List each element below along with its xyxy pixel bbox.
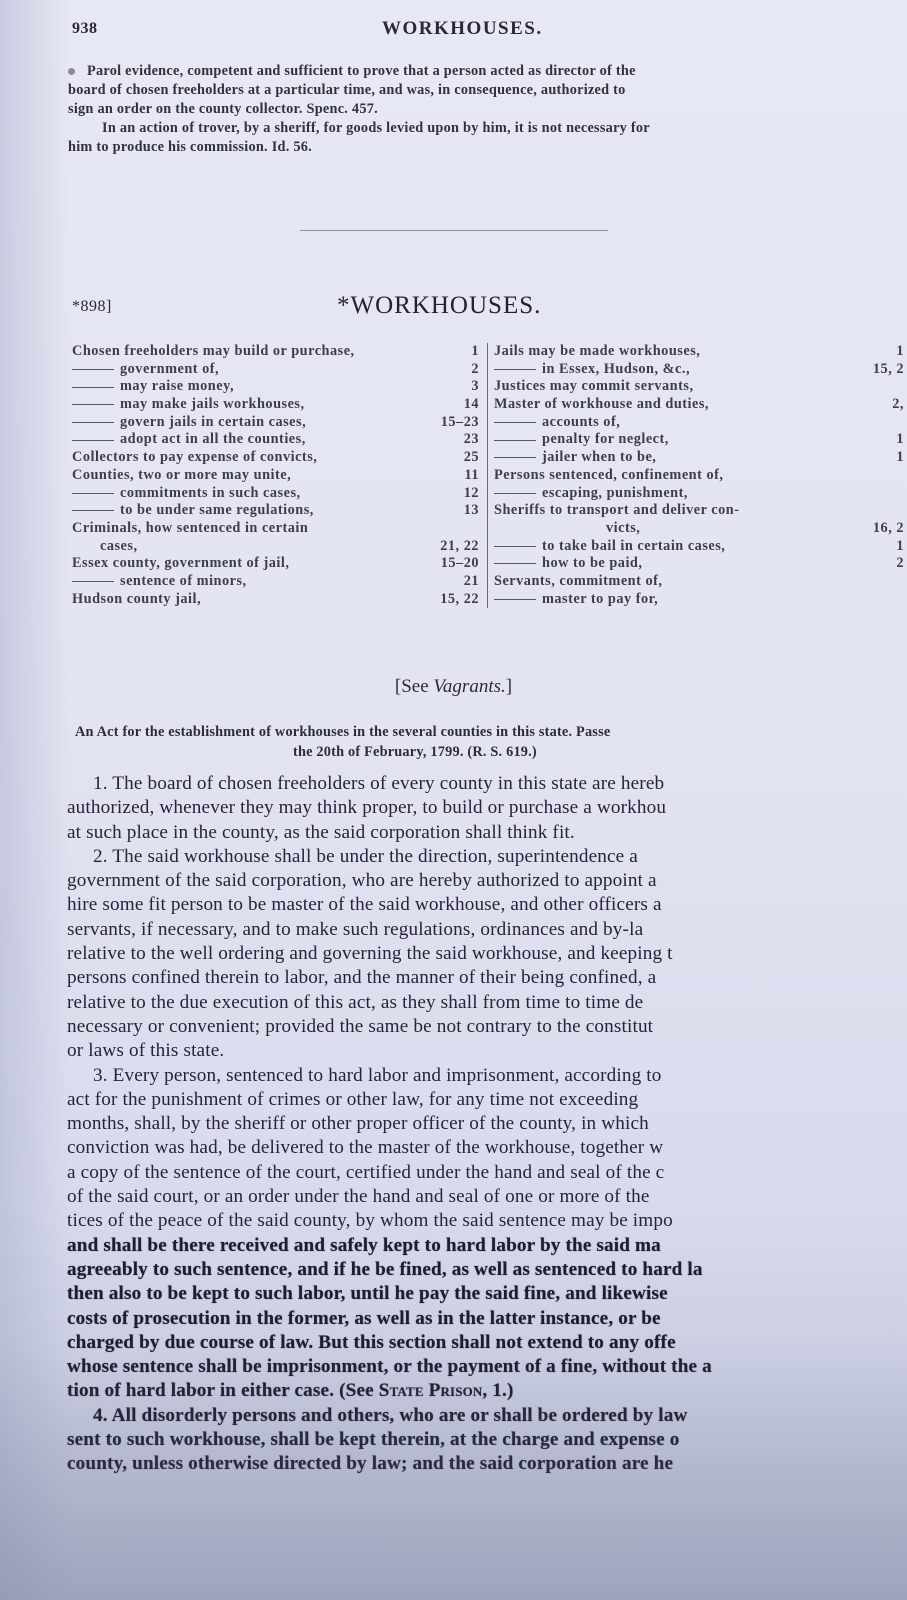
- index-entry-ref: 11: [464, 467, 479, 485]
- index-entry: escaping, punishment,: [494, 485, 907, 503]
- index-entry-ref: 2: [471, 361, 479, 379]
- index-entry-ref: 12: [464, 485, 479, 503]
- ditto-dash: [494, 422, 536, 423]
- index-entry: Counties, two or more may unite,11: [72, 467, 479, 485]
- index-entry-text: Counties, two or more may unite,: [72, 467, 291, 483]
- index-entry-ref: 2: [896, 555, 904, 573]
- body-line: 3. Every person, sentenced to hard labor…: [67, 1064, 907, 1088]
- footnote-line: In an action of trover, by a sheriff, fo…: [68, 119, 907, 138]
- index-entry: how to be paid,2: [494, 555, 907, 573]
- index-entry: government of,2: [72, 361, 479, 379]
- body-line: authorized, whenever they may think prop…: [67, 796, 907, 820]
- index-entry-text: may make jails workhouses,: [120, 396, 305, 412]
- ditto-dash: [494, 563, 536, 564]
- ditto-dash: [494, 440, 536, 441]
- index-entry-text: commitments in such cases,: [120, 485, 301, 501]
- ditto-dash: [494, 599, 536, 600]
- index-entry-text: Persons sentenced, confinement of,: [494, 467, 723, 483]
- body-line: hire some fit person to be master of the…: [67, 893, 907, 917]
- index-entry: Master of workhouse and duties,2,: [494, 396, 907, 414]
- body-line: of the said court, or an order under the…: [67, 1185, 907, 1209]
- index-entry-ref: 15, 22: [440, 591, 479, 609]
- index-entry-text: Sheriffs to transport and deliver con-: [494, 502, 740, 518]
- body-line: necessary or convenient; provided the sa…: [67, 1015, 907, 1039]
- index-entry-ref: 1: [896, 449, 904, 467]
- body-line: or laws of this state.: [67, 1039, 907, 1063]
- footnote-block: Parol evidence, competent and sufficient…: [68, 62, 907, 157]
- index-entry-text: how to be paid,: [542, 555, 642, 571]
- ditto-dash: [72, 422, 114, 423]
- footnote-line: sign an order on the county collector. S…: [68, 100, 907, 119]
- ditto-dash: [72, 440, 114, 441]
- index-entry-text: may raise money,: [120, 378, 234, 394]
- index-entry: penalty for neglect,1: [494, 431, 907, 449]
- index-entry: sentence of minors,21: [72, 573, 479, 591]
- footnote-line: him to produce his commission. Id. 56.: [68, 138, 907, 157]
- index-column-right: Jails may be made workhouses,1in Essex, …: [487, 343, 907, 608]
- index-entry-text: accounts of,: [542, 414, 620, 430]
- index-entry: cases,21, 22: [72, 538, 479, 556]
- index-entry-ref: 1: [896, 343, 904, 361]
- index-entry-text: escaping, punishment,: [542, 485, 688, 501]
- ditto-dash: [72, 510, 114, 511]
- body-line: 1. The board of chosen freeholders of ev…: [67, 772, 907, 796]
- index-entry-text: victs,: [606, 520, 640, 536]
- index-entry-ref: 14: [464, 396, 479, 414]
- section-title: *WORKHOUSES.: [337, 292, 541, 320]
- index-entry: Justices may commit servants,: [494, 378, 907, 396]
- index-entry-text: Justices may commit servants,: [494, 378, 694, 394]
- index-entry-ref: 1: [471, 343, 479, 361]
- index-entry: victs,16, 2: [494, 520, 907, 538]
- index-entry: accounts of,: [494, 414, 907, 432]
- ditto-dash: [494, 493, 536, 494]
- index-entry: jailer when to be,1: [494, 449, 907, 467]
- index-entry-ref: 3: [471, 378, 479, 396]
- body-line: at such place in the county, as the said…: [67, 821, 907, 845]
- index-entry-text: adopt act in all the counties,: [120, 431, 306, 447]
- index-entry-ref: 21: [464, 573, 479, 591]
- cross-reference: [See Vagrants.]: [0, 676, 907, 698]
- index-entry: in Essex, Hudson, &c.,15, 2: [494, 361, 907, 379]
- ditto-dash: [494, 369, 536, 370]
- ditto-dash: [494, 457, 536, 458]
- body-line: sent to such workhouse, shall be kept th…: [67, 1428, 907, 1452]
- index-entry: adopt act in all the counties,23: [72, 431, 479, 449]
- index-entry-text: jailer when to be,: [542, 449, 656, 465]
- section-heading: *898] *WORKHOUSES.: [72, 292, 907, 326]
- body-line: tion of hard labor in either case. (See …: [67, 1379, 907, 1403]
- index-entry-text: Jails may be made workhouses,: [494, 343, 700, 359]
- act-title: An Act for the establishment of workhous…: [75, 722, 907, 762]
- page-number: 938: [72, 20, 98, 38]
- body-line: tices of the peace of the said county, b…: [67, 1209, 907, 1233]
- statute-body: 1. The board of chosen freeholders of ev…: [67, 772, 907, 1477]
- index-entry-text: government of,: [120, 361, 219, 377]
- index-entry-ref: 13: [464, 502, 479, 520]
- body-line: county, unless otherwise directed by law…: [67, 1452, 907, 1476]
- index-entry-ref: 25: [464, 449, 479, 467]
- ditto-dash: [72, 387, 114, 388]
- index-entry: govern jails in certain cases,15–23: [72, 414, 479, 432]
- index-entry-text: penalty for neglect,: [542, 431, 669, 447]
- star-page-marker: *898]: [72, 298, 112, 316]
- index-entry-ref: 23: [464, 431, 479, 449]
- index-entry-ref: 1: [896, 538, 904, 556]
- body-line: charged by due course of law. But this s…: [67, 1331, 907, 1355]
- cross-reference-link[interactable]: State Prison: [379, 1380, 483, 1401]
- index-entry: Essex county, government of jail,15–20: [72, 555, 479, 573]
- index-entry-ref: 15–23: [441, 414, 479, 432]
- act-title-line: the 20th of February, 1799. (R. S. 619.): [75, 742, 907, 762]
- body-line: whose sentence shall be imprisonment, or…: [67, 1355, 907, 1379]
- index-entry-ref: 21, 22: [440, 538, 479, 556]
- ditto-dash: [72, 404, 114, 405]
- index-entry: to be under same regulations,13: [72, 502, 479, 520]
- index-entry-ref: 2,: [892, 396, 904, 414]
- index-column-left: Chosen freeholders may build or purchase…: [72, 343, 479, 608]
- index-entry: Chosen freeholders may build or purchase…: [72, 343, 479, 361]
- index-entry-text: sentence of minors,: [120, 573, 247, 589]
- index-entry: Collectors to pay expense of convicts,25: [72, 449, 479, 467]
- running-title: WORKHOUSES.: [382, 18, 543, 40]
- index-entry: Sheriffs to transport and deliver con-: [494, 502, 907, 520]
- index-entry: Hudson county jail,15, 22: [72, 591, 479, 609]
- body-line: act for the punishment of crimes or othe…: [67, 1088, 907, 1112]
- body-line: agreeably to such sentence, and if he be…: [67, 1258, 907, 1282]
- index-entry-text: Hudson county jail,: [72, 591, 201, 607]
- body-line: conviction was had, be delivered to the …: [67, 1136, 907, 1160]
- body-line: persons confined therein to labor, and t…: [67, 966, 907, 990]
- ditto-dash: [72, 369, 114, 370]
- page-shadow-left: [0, 0, 70, 1600]
- footnote-line: Parol evidence, competent and sufficient…: [68, 62, 907, 81]
- body-line: months, shall, by the sheriff or other p…: [67, 1112, 907, 1136]
- body-line: and shall be there received and safely k…: [67, 1234, 907, 1258]
- body-line: relative to the well ordering and govern…: [67, 942, 907, 966]
- index-entry: Servants, commitment of,: [494, 573, 907, 591]
- index-entry: Criminals, how sentenced in certain: [72, 520, 479, 538]
- body-line: then also to be kept to such labor, unti…: [67, 1282, 907, 1306]
- index-entry: to take bail in certain cases,1: [494, 538, 907, 556]
- index-entry-ref: 16, 2: [873, 520, 904, 538]
- cross-reference-link[interactable]: Vagrants.: [433, 676, 505, 697]
- footnote-line: board of chosen freeholders at a particu…: [68, 81, 907, 100]
- index-entry: master to pay for,: [494, 591, 907, 609]
- index-entry: commitments in such cases,12: [72, 485, 479, 503]
- index-entry-ref: 1: [896, 431, 904, 449]
- index-entry-text: Collectors to pay expense of convicts,: [72, 449, 317, 465]
- act-title-line: An Act for the establishment of workhous…: [75, 722, 907, 742]
- section-divider: [300, 230, 608, 231]
- index-entry-text: in Essex, Hudson, &c.,: [542, 361, 690, 377]
- index-entry-text: Criminals, how sentenced in certain: [72, 520, 308, 536]
- running-head: 938 WORKHOUSES.: [72, 18, 907, 48]
- index-entry-ref: 15, 2: [873, 361, 904, 379]
- index-entry-text: Essex county, government of jail,: [72, 555, 289, 571]
- body-line: servants, if necessary, and to make such…: [67, 918, 907, 942]
- index-entry: may raise money,3: [72, 378, 479, 396]
- body-line: 2. The said workhouse shall be under the…: [67, 845, 907, 869]
- body-line: government of the said corporation, who …: [67, 869, 907, 893]
- ditto-dash: [72, 581, 114, 582]
- index-entry-text: cases,: [100, 538, 138, 554]
- ditto-dash: [494, 546, 536, 547]
- index-entry: may make jails workhouses,14: [72, 396, 479, 414]
- ditto-dash: [72, 493, 114, 494]
- body-line: relative to the due execution of this ac…: [67, 991, 907, 1015]
- index-entry-text: master to pay for,: [542, 591, 658, 607]
- index-entry: Jails may be made workhouses,1: [494, 343, 907, 361]
- index-entry-text: to take bail in certain cases,: [542, 538, 725, 554]
- index-entry-text: to be under same regulations,: [120, 502, 314, 518]
- body-line: a copy of the sentence of the court, cer…: [67, 1161, 907, 1185]
- index-entry: Persons sentenced, confinement of,: [494, 467, 907, 485]
- index-entry-ref: 15–20: [441, 555, 479, 573]
- body-line: costs of prosecution in the former, as w…: [67, 1307, 907, 1331]
- body-line: 4. All disorderly persons and others, wh…: [67, 1404, 907, 1428]
- bullet-dot-icon: [68, 68, 75, 75]
- index-entry-text: Chosen freeholders may build or purchase…: [72, 343, 355, 359]
- index-entry-text: govern jails in certain cases,: [120, 414, 306, 430]
- index-entry-text: Master of workhouse and duties,: [494, 396, 709, 412]
- index-entry-text: Servants, commitment of,: [494, 573, 662, 589]
